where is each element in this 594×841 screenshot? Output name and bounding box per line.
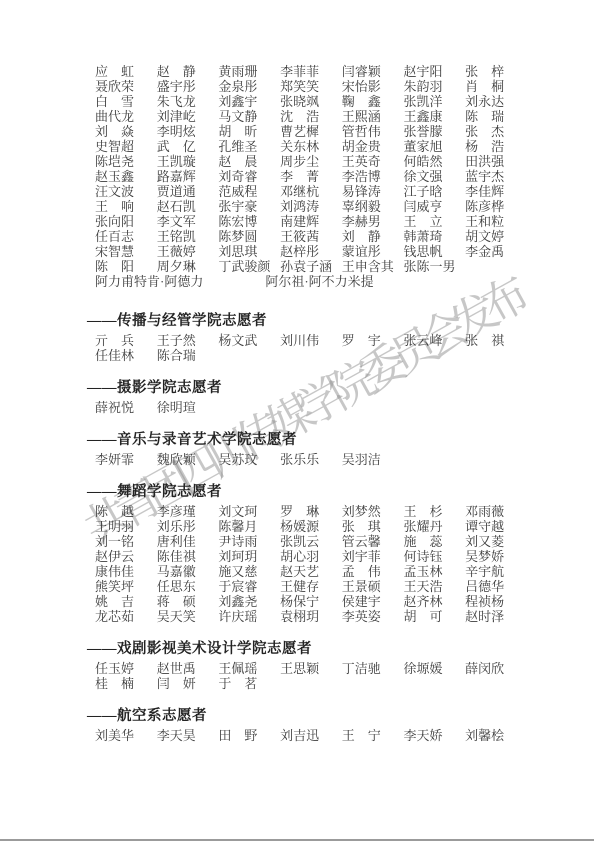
- volunteer-name: 赵 晨: [218, 154, 280, 169]
- volunteer-name: 周步尘: [280, 154, 342, 169]
- volunteer-name: 陈彦桦: [465, 199, 527, 214]
- volunteer-name: 易锋涛: [342, 184, 404, 199]
- volunteer-name: 李天娇: [403, 728, 465, 743]
- volunteer-name: 亓 兵: [95, 333, 157, 348]
- volunteer-name: 辛宇航: [465, 564, 527, 579]
- volunteer-name: 范威程: [218, 184, 280, 199]
- roster-row: 熊笑坪任思东于宸睿王健存王景硕王天浩吕德华: [87, 579, 537, 594]
- volunteer-name: 朱韵羽: [403, 79, 465, 94]
- volunteer-name: 闫威亨: [403, 199, 465, 214]
- volunteer-name: 罗 琳: [280, 504, 342, 519]
- volunteer-name: 杨 浩: [465, 139, 527, 154]
- volunteer-name: 侯建宇: [342, 594, 404, 609]
- volunteer-name: 张 琪: [342, 519, 404, 534]
- volunteer-name: 赵梓彤: [280, 244, 342, 259]
- volunteer-name: 李彦瑾: [157, 504, 219, 519]
- volunteer-name: 闫 妍: [157, 676, 219, 691]
- volunteer-name: 王子然: [157, 333, 219, 348]
- section-header-communication-management: ——传播与经管学院志愿者: [87, 313, 537, 330]
- volunteer-name: 刘珂玥: [218, 549, 280, 564]
- volunteer-name: 赵玉鑫: [95, 169, 157, 184]
- volunteer-name: 施 蕊: [403, 534, 465, 549]
- volunteer-name: 孟 伟: [342, 564, 404, 579]
- volunteer-name: 任思东: [157, 579, 219, 594]
- volunteer-name: 刘馨桧: [465, 728, 527, 743]
- roster-row: 王明羽刘乐彤陈馨月杨媛源张 琪张耀丹谭守越: [87, 519, 537, 534]
- volunteer-name: 刘文珂: [218, 504, 280, 519]
- volunteer-name: 王薇婷: [157, 244, 219, 259]
- volunteer-name: 王英奇: [342, 154, 404, 169]
- roster-row: 陈 阳周夕琳丁武骏颜孙袁子涵王申含其张陈一男: [87, 259, 537, 274]
- volunteer-name: 刘鑫尧: [218, 594, 280, 609]
- section-header-aviation: ——航空系志愿者: [87, 708, 537, 725]
- volunteer-name: 宋智慧: [95, 244, 157, 259]
- volunteer-name: 李浩博: [342, 169, 404, 184]
- volunteer-name: 陈梦圆: [218, 229, 280, 244]
- roster-row: 任玉婷赵世禹王佩瑶王思颖丁洁驰徐塬媛薛闵欣: [87, 661, 537, 676]
- volunteer-name: 刘奇睿: [218, 169, 280, 184]
- volunteer-name: 王熙涵: [342, 109, 404, 124]
- roster-row: 曲代龙刘津屹马文静沈 浩王熙涵王鑫康陈 瑞: [87, 109, 537, 124]
- volunteer-name: 陈 瑞: [465, 109, 527, 124]
- volunteer-name: 路嘉辉: [157, 169, 219, 184]
- volunteer-name: 张宇豪: [218, 199, 280, 214]
- volunteer-name: 张凯云: [280, 534, 342, 549]
- roster-row: 任佳林陈合瑞: [87, 348, 537, 363]
- volunteer-name: 李妍霏: [95, 452, 157, 467]
- roster-row: 薛祝悦徐明瑄: [87, 400, 537, 415]
- volunteer-name: 吴羽洁: [342, 452, 404, 467]
- volunteer-name: 徐明瑄: [157, 400, 219, 415]
- volunteer-name: 杨保宁: [280, 594, 342, 609]
- volunteer-name: 唐利佳: [157, 534, 219, 549]
- volunteer-name: 蓝宇杰: [465, 169, 527, 184]
- volunteer-name: 康伟佳: [95, 564, 157, 579]
- roster-row: 赵伊云陈佳祺刘珂玥胡心羽刘宇菲何诗钰吴梦娇: [87, 549, 537, 564]
- roster-row: 史智超武 亿孔维圣关东林胡金贵董家旭杨 浩: [87, 139, 537, 154]
- volunteer-name: 刘乐彤: [157, 519, 219, 534]
- volunteer-name: 胡心羽: [280, 549, 342, 564]
- roster-row: 汪文波贾道通范威程邓继杭易锋涛江子晗李佳辉: [87, 184, 537, 199]
- volunteer-name: 陈垲尧: [95, 154, 157, 169]
- volunteer-name: 丁武骏颜: [218, 259, 280, 274]
- volunteer-name: 李赫男: [342, 214, 404, 229]
- roster-row: 康伟佳马嘉徽施又慈赵天艺孟 伟孟玉林辛宇航: [87, 564, 537, 579]
- volunteer-name: 管哲伟: [342, 124, 404, 139]
- volunteer-name: 张 祺: [465, 333, 527, 348]
- volunteer-name: 张乐乐: [280, 452, 342, 467]
- volunteer-name: 江子晗: [403, 184, 465, 199]
- volunteer-name: 刘梦然: [342, 504, 404, 519]
- volunteer-name: 金泉彤: [218, 79, 280, 94]
- volunteer-name: 孟玉林: [403, 564, 465, 579]
- volunteer-name: 杨文武: [218, 333, 280, 348]
- volunteer-name: 阿尔祖·阿不力米提: [265, 274, 373, 289]
- section-header-drama-film-art-design: ——戏剧影视美术设计学院志愿者: [87, 641, 537, 658]
- volunteer-name: 王景硕: [342, 579, 404, 594]
- volunteer-name: 钱思帆: [403, 244, 465, 259]
- volunteer-name: 南建辉: [280, 214, 342, 229]
- volunteer-name: 张向阳: [95, 214, 157, 229]
- volunteer-name: 罗 宇: [342, 333, 404, 348]
- volunteer-name: 贾道通: [157, 184, 219, 199]
- volunteer-name: 许庆瑶: [218, 609, 280, 624]
- volunteer-name: 张云峰: [403, 333, 465, 348]
- volunteer-name: 赵时泽: [465, 609, 527, 624]
- volunteer-name: 赵宇阳: [403, 64, 465, 79]
- roster-row: 宋智慧王薇婷刘思琪赵梓彤蒙谊彤钱思帆李金禹: [87, 244, 537, 259]
- roster-row: 张向阳李文军陈宏博南建辉李赫男王 立王和粒: [87, 214, 537, 229]
- volunteer-name: 张誉朦: [403, 124, 465, 139]
- volunteer-name: 刘川伟: [280, 333, 342, 348]
- volunteer-name: 张耀丹: [403, 519, 465, 534]
- section-header-photography: ——摄影学院志愿者: [87, 380, 537, 397]
- roster-row: 任百志王铭凯陈梦圆王筱茜刘 静韩萧琦胡文婷: [87, 229, 537, 244]
- section-header-music-recording-arts: ——音乐与录音艺术学院志愿者: [87, 432, 537, 449]
- volunteer-name: 史智超: [95, 139, 157, 154]
- volunteer-name: 王明羽: [95, 519, 157, 534]
- volunteer-name: 阿力甫特肯·阿德力: [95, 274, 203, 289]
- roster-row: 姚 吉蒋 硕刘鑫尧杨保宁侯建宇赵齐林程祯杨: [87, 594, 537, 609]
- volunteer-name: 李英姿: [342, 609, 404, 624]
- volunteer-name: 刘永达: [465, 94, 527, 109]
- volunteer-name: 刘一铭: [95, 534, 157, 549]
- volunteer-name: 鞠 鑫: [342, 94, 404, 109]
- volunteer-name: 张凯洋: [403, 94, 465, 109]
- volunteer-name: 李 菁: [280, 169, 342, 184]
- volunteer-name: 任百志: [95, 229, 157, 244]
- volunteer-name: 蒋 硕: [157, 594, 219, 609]
- roster-row: 赵玉鑫路嘉辉刘奇睿李 菁李浩博徐文强蓝宇杰: [87, 169, 537, 184]
- volunteer-name: 程祯杨: [465, 594, 527, 609]
- volunteer-name: 王 宁: [342, 728, 404, 743]
- volunteer-name: 张晓飒: [280, 94, 342, 109]
- volunteer-name: 尹诗雨: [218, 534, 280, 549]
- volunteer-name: 朱飞龙: [157, 94, 219, 109]
- volunteer-name: 胡 昕: [218, 124, 280, 139]
- roster-row: 陈垲尧王凯璇赵 晨周步尘王英奇何皓然田洪强: [87, 154, 537, 169]
- volunteer-name: 肖 桐: [465, 79, 527, 94]
- volunteer-name: 李文军: [157, 214, 219, 229]
- volunteer-name: 汪文波: [95, 184, 157, 199]
- volunteer-name: 李佳辉: [465, 184, 527, 199]
- volunteer-name: 赵石凯: [157, 199, 219, 214]
- roster-row: 刘美华李天昊田 野刘吉迅王 宁李天娇刘馨桧: [87, 728, 537, 743]
- volunteer-name: 赵齐林: [403, 594, 465, 609]
- volunteer-name: 曹艺樨: [280, 124, 342, 139]
- volunteer-name: 刘鸿涛: [280, 199, 342, 214]
- volunteer-name: 孙袁子涵: [280, 259, 342, 274]
- volunteer-name: 姚 吉: [95, 594, 157, 609]
- volunteer-name: 黄雨珊: [218, 64, 280, 79]
- volunteer-name: 辜纲毅: [342, 199, 404, 214]
- volunteer-name: 宋怡影: [342, 79, 404, 94]
- roster-row: 王 响赵石凯张宇豪刘鸿涛辜纲毅闫威亨陈彦桦: [87, 199, 537, 214]
- volunteer-name: 龙芯茹: [95, 609, 157, 624]
- volunteer-name: 赵 静: [157, 64, 219, 79]
- roster-row: 桂 楠闫 妍于 茗: [87, 676, 537, 691]
- volunteer-name: 管云馨: [342, 534, 404, 549]
- volunteer-name: 李明炫: [157, 124, 219, 139]
- volunteer-name: 李金禹: [465, 244, 527, 259]
- volunteer-name: 董家旭: [403, 139, 465, 154]
- volunteer-name: 薛祝悦: [95, 400, 157, 415]
- volunteer-name: 杨媛源: [280, 519, 342, 534]
- volunteer-name: 袁栩玥: [280, 609, 342, 624]
- volunteer-name: 应 虹: [95, 64, 157, 79]
- volunteer-name: 王 立: [403, 214, 465, 229]
- volunteer-name: 王和粒: [465, 214, 527, 229]
- volunteer-name: 刘美华: [95, 728, 157, 743]
- volunteer-name: 赵伊云: [95, 549, 157, 564]
- volunteer-name: 聂欣荣: [95, 79, 157, 94]
- volunteer-name: 王思颖: [280, 661, 342, 676]
- volunteer-name: 陈 越: [95, 504, 157, 519]
- volunteer-name: 王鑫康: [403, 109, 465, 124]
- section-header-dance: ——舞蹈学院志愿者: [87, 484, 537, 501]
- roster-row: 刘一铭唐利佳尹诗雨张凯云管云馨施 蕊刘又菱: [87, 534, 537, 549]
- volunteer-name: 韩萧琦: [403, 229, 465, 244]
- volunteer-name: 何诗钰: [403, 549, 465, 564]
- roster-row: 陈 越李彦瑾刘文珂罗 琳刘梦然王 杉邓雨薇: [87, 504, 537, 519]
- volunteer-name: 王健存: [280, 579, 342, 594]
- volunteer-name: 于 茗: [218, 676, 280, 691]
- volunteer-name: 刘思琪: [218, 244, 280, 259]
- volunteer-name: 薛闵欣: [465, 661, 527, 676]
- volunteer-name: 吕德华: [465, 579, 527, 594]
- volunteer-name: 王凯璇: [157, 154, 219, 169]
- volunteer-name: 周夕琳: [157, 259, 219, 274]
- volunteer-name: 胡金贵: [342, 139, 404, 154]
- volunteer-name: 曲代龙: [95, 109, 157, 124]
- roster-row: 阿力甫特肯·阿德力阿尔祖·阿不力米提: [87, 274, 537, 289]
- volunteer-name: 陈宏博: [218, 214, 280, 229]
- volunteer-name: 闫睿颖: [342, 64, 404, 79]
- document-page: 共青团四川传媒学院委员会发布 应 虹赵 静黄雨珊李菲菲闫睿颖赵宇阳张 梓聂欣荣盛…: [0, 0, 594, 841]
- volunteer-name: 谭守越: [465, 519, 527, 534]
- volunteer-name: 蒙谊彤: [342, 244, 404, 259]
- volunteer-name: 张 梓: [465, 64, 527, 79]
- volunteer-name: 王 杉: [403, 504, 465, 519]
- roster-row: 白 雪朱飞龙刘鑫宇张晓飒鞠 鑫张凯洋刘永达: [87, 94, 537, 109]
- volunteer-name: 关东林: [280, 139, 342, 154]
- volunteer-name: 赵天艺: [280, 564, 342, 579]
- volunteer-name: 田 野: [218, 728, 280, 743]
- volunteer-name: 熊笑坪: [95, 579, 157, 594]
- volunteer-name: 赵世禹: [157, 661, 219, 676]
- volunteer-name: 胡 可: [403, 609, 465, 624]
- volunteer-name: 陈佳祺: [157, 549, 219, 564]
- roster-row: 李妍霏魏欣颖吴苏玟张乐乐吴羽洁: [87, 452, 537, 467]
- volunteer-name: 王申含其: [342, 259, 404, 274]
- roster-row: 亓 兵王子然杨文武刘川伟罗 宇张云峰张 祺: [87, 333, 537, 348]
- volunteer-name: 丁洁驰: [342, 661, 404, 676]
- volunteer-name: 吴天笑: [157, 609, 219, 624]
- volunteer-name: 马文静: [218, 109, 280, 124]
- volunteer-name: 任佳林: [95, 348, 157, 363]
- volunteer-name: 郑笑笑: [280, 79, 342, 94]
- volunteer-name: 刘鑫宇: [218, 94, 280, 109]
- roster-row: 应 虹赵 静黄雨珊李菲菲闫睿颖赵宇阳张 梓: [87, 64, 537, 79]
- volunteer-name: 陈馨月: [218, 519, 280, 534]
- volunteer-name: 邓雨薇: [465, 504, 527, 519]
- volunteer-name: 李菲菲: [280, 64, 342, 79]
- volunteer-name: 刘津屹: [157, 109, 219, 124]
- volunteer-name: 刘吉迅: [280, 728, 342, 743]
- volunteer-name: 沈 浩: [280, 109, 342, 124]
- roster-row: 刘 焱李明炫胡 昕曹艺樨管哲伟张誉朦张 杰: [87, 124, 537, 139]
- volunteer-name: 施又慈: [218, 564, 280, 579]
- volunteer-name: 白 雪: [95, 94, 157, 109]
- volunteer-name: 何皓然: [403, 154, 465, 169]
- volunteer-name: 刘 焱: [95, 124, 157, 139]
- volunteer-name: 王铭凯: [157, 229, 219, 244]
- volunteer-name: 孔维圣: [218, 139, 280, 154]
- volunteer-name: 刘 静: [342, 229, 404, 244]
- volunteer-name: 王天浩: [403, 579, 465, 594]
- volunteer-name: 张陈一男: [403, 259, 465, 274]
- volunteer-name: 王 响: [95, 199, 157, 214]
- volunteer-name: 武 亿: [157, 139, 219, 154]
- volunteer-name: 胡文婷: [465, 229, 527, 244]
- volunteer-name: 邓继杭: [280, 184, 342, 199]
- volunteer-name: 徐塬媛: [403, 661, 465, 676]
- volunteer-name: 徐文强: [403, 169, 465, 184]
- volunteer-name: 吴苏玟: [218, 452, 280, 467]
- volunteer-name: 李天昊: [157, 728, 219, 743]
- volunteer-name: 吴梦娇: [465, 549, 527, 564]
- roster-row: 龙芯茹吴天笑许庆瑶袁栩玥李英姿胡 可赵时泽: [87, 609, 537, 624]
- volunteer-name: 陈合瑞: [157, 348, 219, 363]
- volunteer-name: 桂 楠: [95, 676, 157, 691]
- roster-content: 应 虹赵 静黄雨珊李菲菲闫睿颖赵宇阳张 梓聂欣荣盛宇彤金泉彤郑笑笑宋怡影朱韵羽肖…: [87, 64, 537, 743]
- volunteer-name: 刘宇菲: [342, 549, 404, 564]
- volunteer-name: 田洪强: [465, 154, 527, 169]
- volunteer-name: 于宸睿: [218, 579, 280, 594]
- volunteer-name: 任玉婷: [95, 661, 157, 676]
- volunteer-name: 马嘉徽: [157, 564, 219, 579]
- volunteer-name: 王佩瑶: [218, 661, 280, 676]
- volunteer-name: 盛宇彤: [157, 79, 219, 94]
- roster-row: 聂欣荣盛宇彤金泉彤郑笑笑宋怡影朱韵羽肖 桐: [87, 79, 537, 94]
- volunteer-name: 魏欣颖: [157, 452, 219, 467]
- volunteer-name: 陈 阳: [95, 259, 157, 274]
- volunteer-name: 王筱茜: [280, 229, 342, 244]
- volunteer-name: 刘又菱: [465, 534, 527, 549]
- volunteer-name: 张 杰: [465, 124, 527, 139]
